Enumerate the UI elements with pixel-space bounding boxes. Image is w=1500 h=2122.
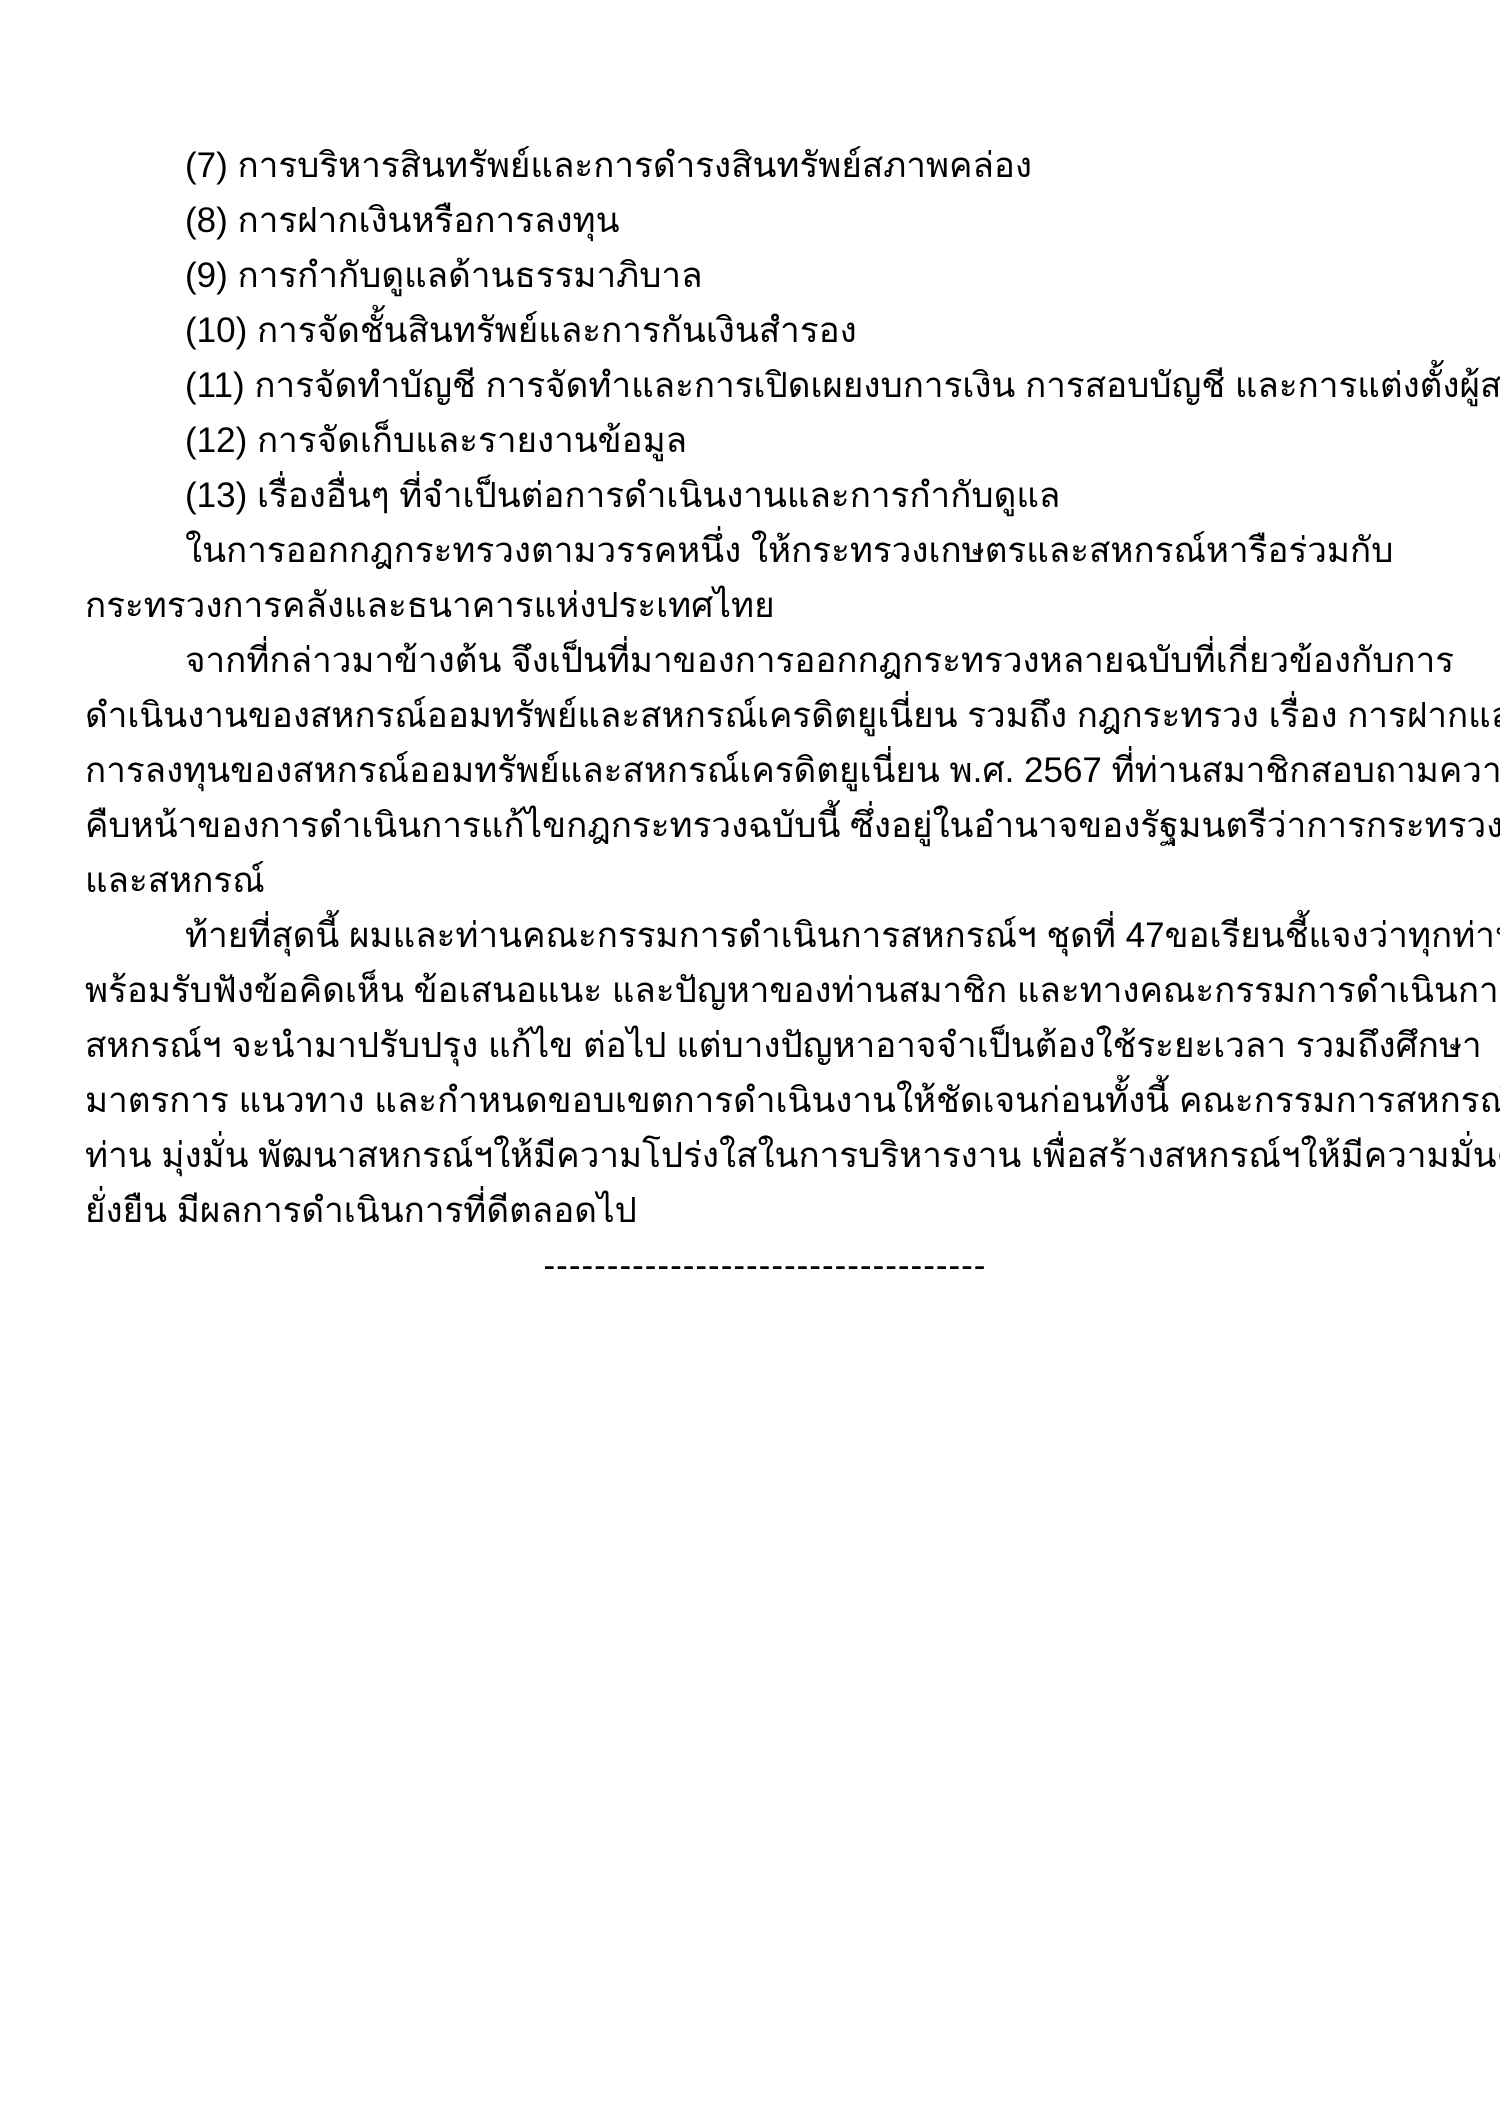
list-item-8: (8) การฝากเงินหรือการลงทุน: [85, 193, 1445, 248]
list-item-13: (13) เรื่องอื่นๆ ที่จำเป็นต่อการดำเนินงา…: [85, 468, 1445, 523]
paragraph-3-line-5: ท่าน มุ่งมั่น พัฒนาสหกรณ์ฯให้มีความโปร่ง…: [85, 1128, 1445, 1183]
paragraph-3-line-6: ยั่งยืน มีผลการดำเนินการที่ดีตลอดไป: [85, 1183, 1445, 1238]
document-body: (7) การบริหารสินทรัพย์และการดำรงสินทรัพย…: [85, 138, 1445, 1293]
paragraph-2-line-4: คืบหน้าของการดำเนินการแก้ไขกฎกระทรวงฉบับ…: [85, 798, 1445, 853]
paragraph-3-line-4: มาตรการ แนวทาง และกำหนดขอบเขตการดำเนินงา…: [85, 1073, 1445, 1128]
list-item-9: (9) การกำกับดูแลด้านธรรมาภิบาล: [85, 248, 1445, 303]
paragraph-2-line-1: จากที่กล่าวมาข้างต้น จึงเป็นที่มาของการอ…: [85, 633, 1445, 688]
list-item-11: (11) การจัดทำบัญชี การจัดทำและการเปิดเผย…: [85, 358, 1445, 413]
paragraph-2-line-2: ดำเนินงานของสหกรณ์ออมทรัพย์และสหกรณ์เครด…: [85, 688, 1445, 743]
list-item-12: (12) การจัดเก็บและรายงานข้อมูล: [85, 413, 1445, 468]
paragraph-3-line-2: พร้อมรับฟังข้อคิดเห็น ข้อเสนอแนะ และปัญห…: [85, 963, 1445, 1018]
paragraph-3-line-1: ท้ายที่สุดนี้ ผมและท่านคณะกรรมการดำเนินก…: [85, 908, 1445, 963]
list-item-10: (10) การจัดชั้นสินทรัพย์และการกันเงินสำร…: [85, 303, 1445, 358]
paragraph-2-line-5: และสหกรณ์: [85, 853, 1445, 908]
paragraph-2-line-3: การลงทุนของสหกรณ์ออมทรัพย์และสหกรณ์เครดิ…: [85, 743, 1445, 798]
list-item-7: (7) การบริหารสินทรัพย์และการดำรงสินทรัพย…: [85, 138, 1445, 193]
paragraph-1-line-2: กระทรวงการคลังและธนาคารแห่งประเทศไทย: [85, 578, 1445, 633]
document-page: (7) การบริหารสินทรัพย์และการดำรงสินทรัพย…: [0, 0, 1500, 2122]
paragraph-1-line-1: ในการออกกฎกระทรวงตามวรรคหนึ่ง ให้กระทรวง…: [85, 523, 1445, 578]
paragraph-3-line-3: สหกรณ์ฯ จะนำมาปรับปรุง แก้ไข ต่อไป แต่บา…: [85, 1018, 1445, 1073]
separator-dashes: -----------------------------------: [85, 1238, 1445, 1293]
